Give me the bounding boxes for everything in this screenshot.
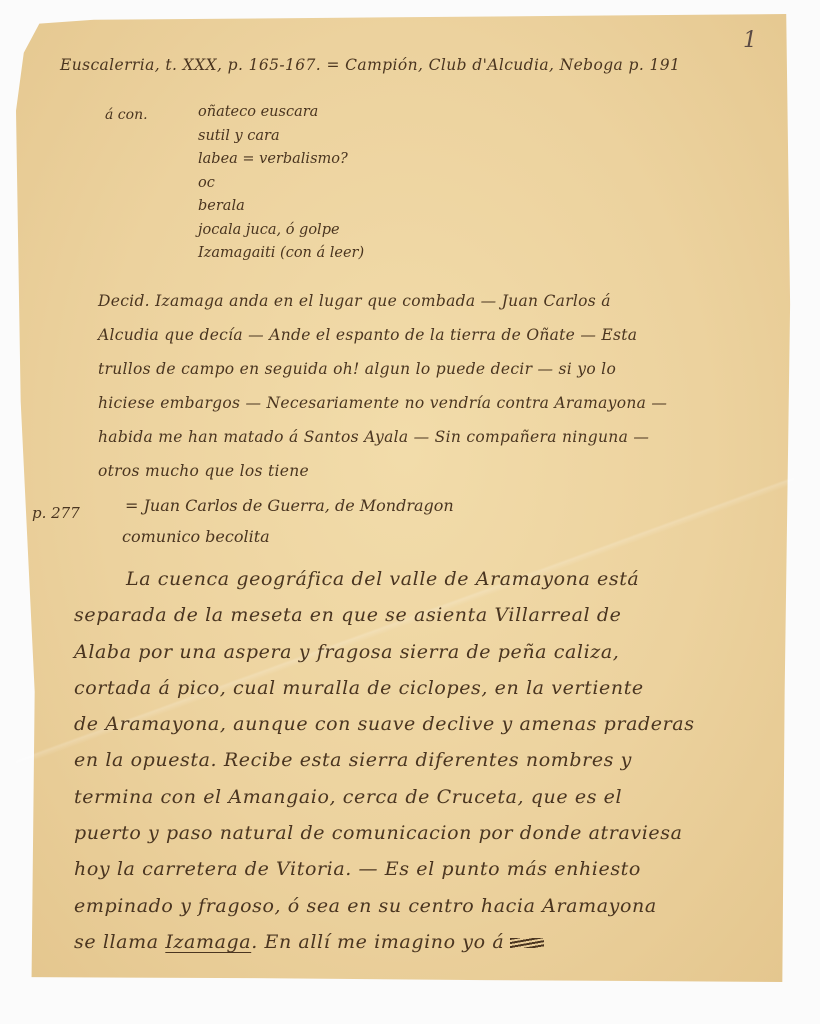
margin-page-reference: p. 277	[32, 504, 80, 522]
body-text: se llama	[74, 931, 165, 953]
header-citation-line: Euscalerria, t. XXX, p. 165-167. = Campi…	[60, 56, 680, 74]
notes-line: habida me han matado á Santos Ayala — Si…	[98, 428, 778, 462]
page-number: 1	[743, 28, 757, 53]
underlined-place-name: Izamaga	[165, 931, 251, 953]
reference-line: = Juan Carlos de Guerra, de Mondragon	[125, 496, 454, 515]
body-line: puerto y paso natural de comunicacion po…	[74, 822, 784, 858]
word-list: oñateco euscara sutil y cara labea = ver…	[198, 104, 364, 269]
notes-line: hiciese embargos — Necesariamente no ven…	[98, 394, 778, 428]
body-line: hoy la carretera de Vitoria. — Es el pun…	[74, 858, 784, 894]
word-list-item: oñateco euscara	[198, 104, 364, 128]
word-list-item: labea = verbalismo?	[198, 151, 364, 175]
notes-line: Decid. Izamaga anda en el lugar que comb…	[98, 292, 778, 326]
word-list-item: berala	[198, 198, 364, 222]
word-list-item: oc	[198, 175, 364, 199]
main-body-paragraph: La cuenca geográfica del valle de Aramay…	[74, 568, 784, 967]
word-list-item: Izamagaiti (con á leer)	[198, 245, 364, 269]
body-line: separada de la meseta en que se asienta …	[74, 604, 784, 640]
body-line: empinado y fragoso, ó sea en su centro h…	[74, 895, 784, 931]
notes-line: otros mucho que los tiene	[98, 462, 778, 496]
body-line-last: se llama Izamaga. En allí me imagino yo …	[74, 931, 784, 967]
body-text: . En allí me imagino yo á	[251, 931, 504, 953]
word-list-item: jocala juca, ó golpe	[198, 222, 364, 246]
word-list-item: sutil y cara	[198, 128, 364, 152]
body-line: Alaba por una aspera y fragosa sierra de…	[74, 641, 784, 677]
word-list-lead: á con.	[105, 107, 148, 123]
notes-line: Alcudia que decía — Ande el espanto de l…	[98, 326, 778, 360]
body-line: en la opuesta. Recibe esta sierra difere…	[74, 749, 784, 785]
reference-line: comunico becolita	[122, 527, 270, 546]
body-line: de Aramayona, aunque con suave declive y…	[74, 713, 784, 749]
body-line: cortada á pico, cual muralla de ciclopes…	[74, 677, 784, 713]
notes-line: trullos de campo en seguida oh! algun lo…	[98, 360, 778, 394]
crossed-out-word	[510, 938, 544, 948]
body-line: La cuenca geográfica del valle de Aramay…	[74, 568, 784, 604]
body-line: termina con el Amangaio, cerca de Crucet…	[74, 786, 784, 822]
notes-paragraph: Decid. Izamaga anda en el lugar que comb…	[98, 292, 778, 496]
